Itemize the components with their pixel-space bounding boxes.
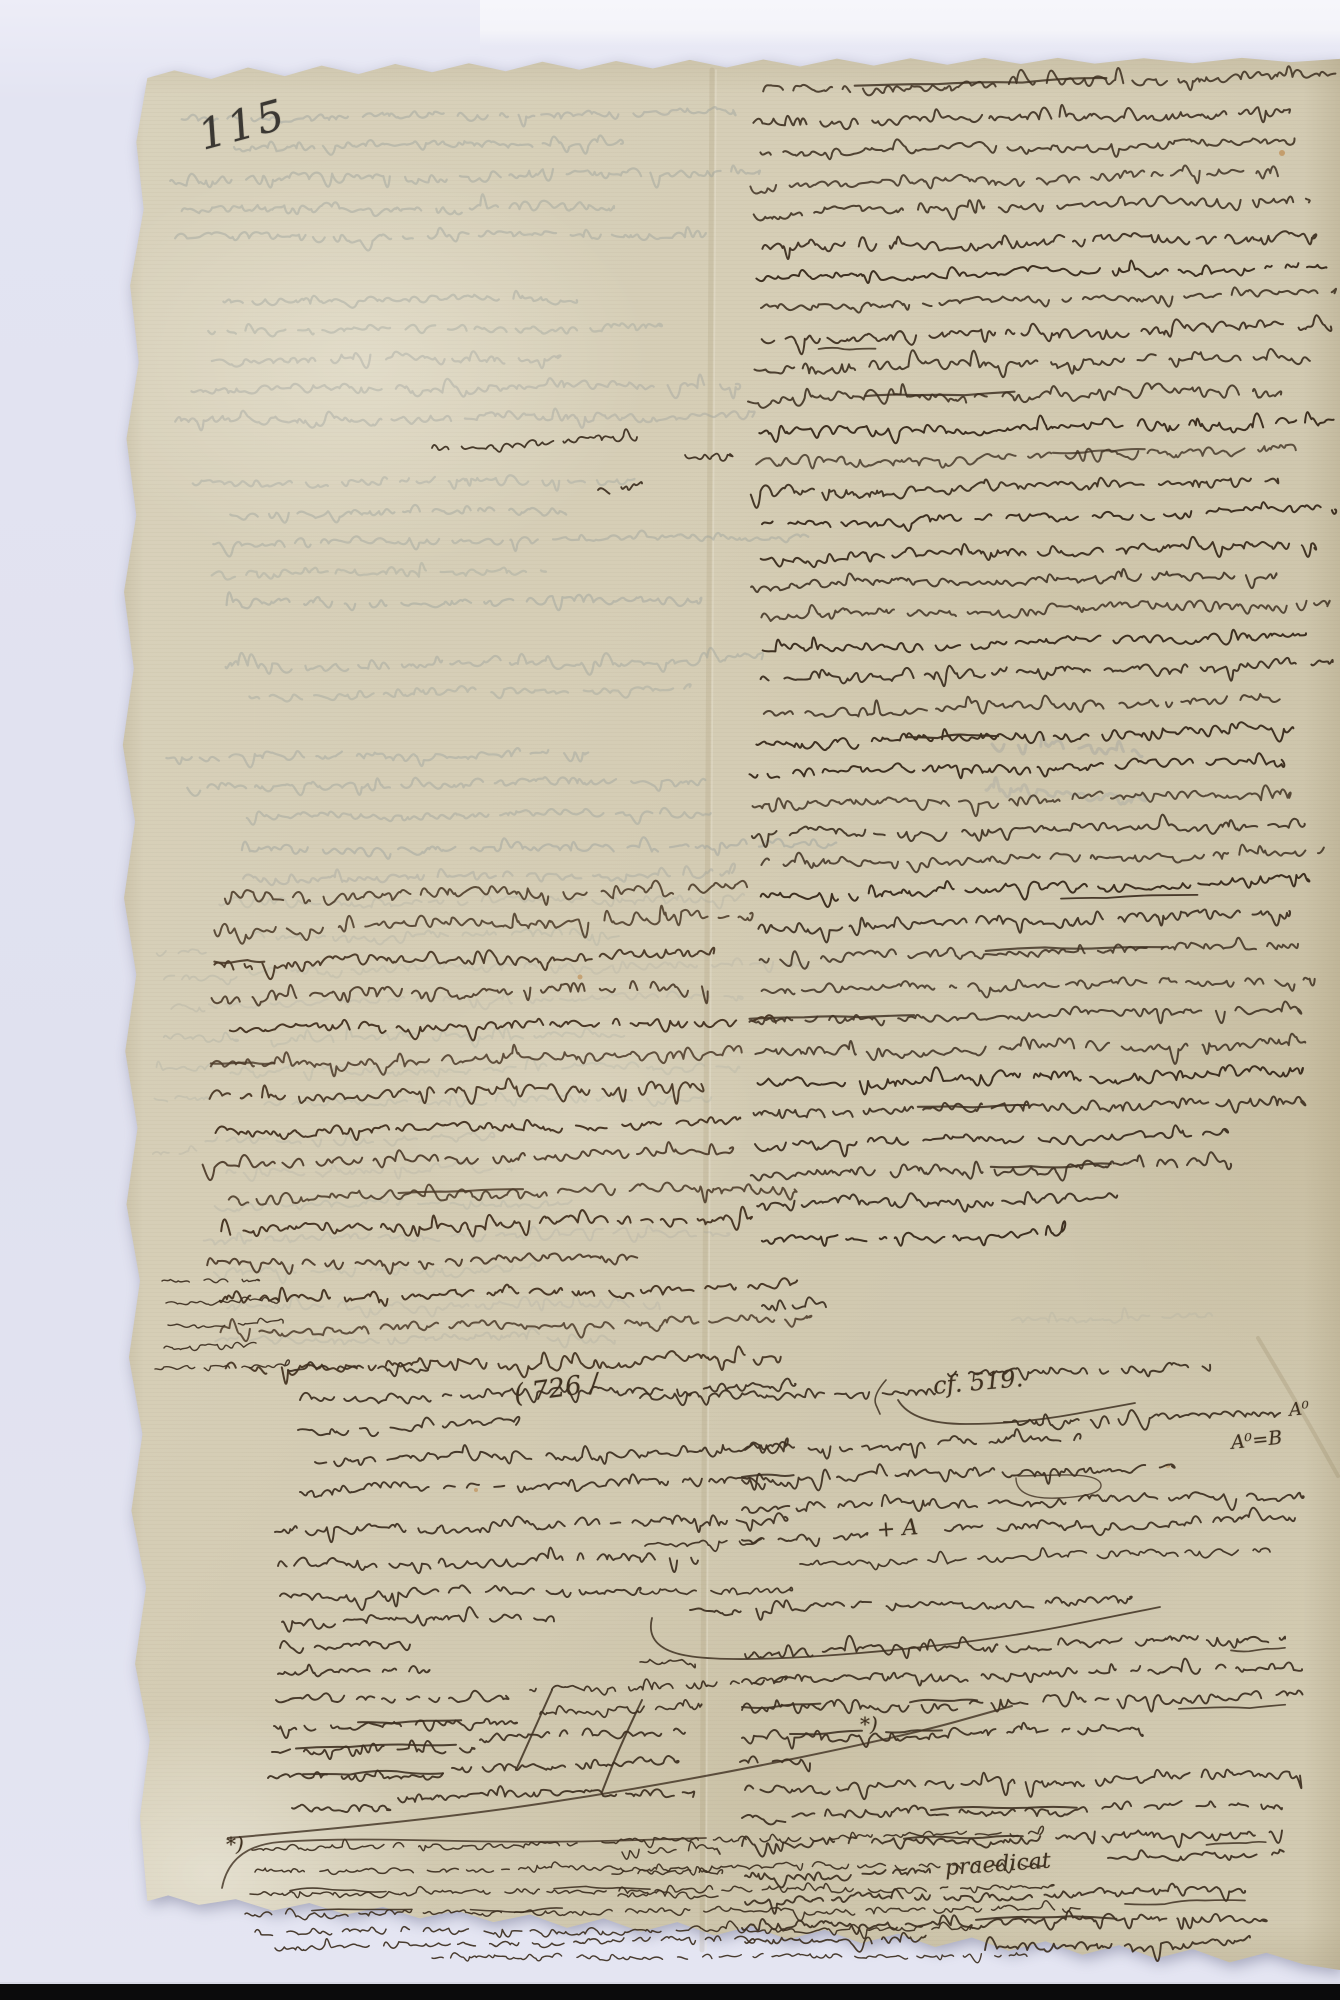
paper-sheet [113, 56, 1340, 1970]
scan-bottom-bar [0, 1982, 1340, 2000]
manuscript-scan: 115 ( 726 /cf. 519.+ AA⁰=BA⁰*)*)praedica… [0, 0, 1340, 2000]
scan-top-strip [480, 0, 1340, 46]
paper-wrap [113, 56, 1340, 1970]
